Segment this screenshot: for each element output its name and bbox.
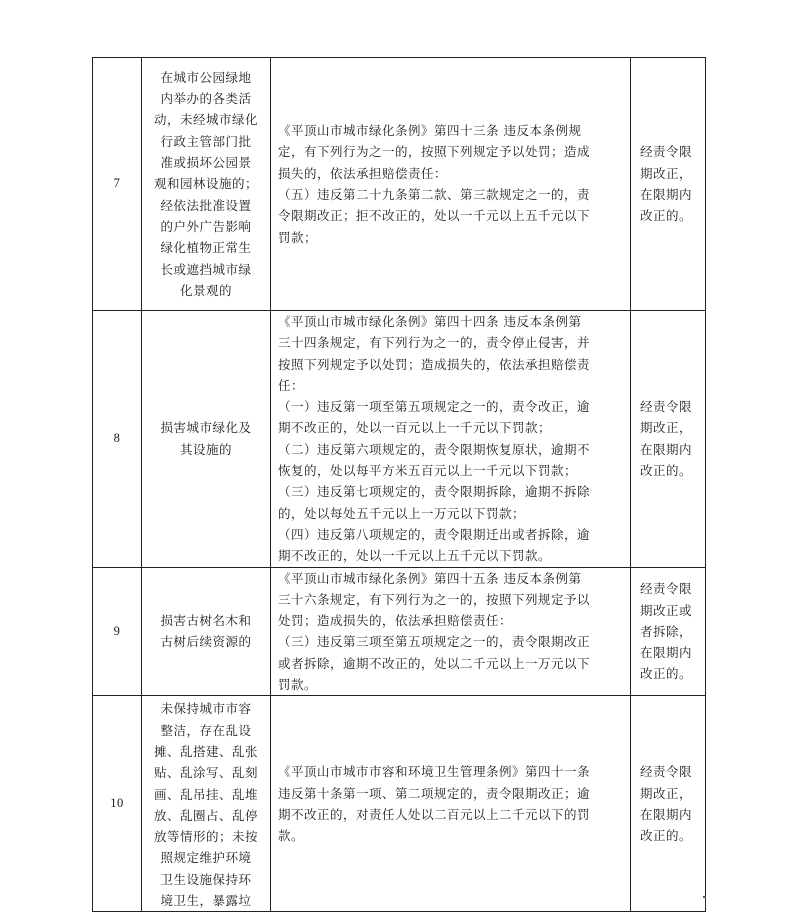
violation-description: 在城市公园绿地 内举办的各类活 动，未经城市绿化 行政主管部门批 准或损坏公园景… bbox=[142, 58, 271, 311]
table-row: 9 损害古树名木和 古树后续资源的 《平顶山市城市绿化条例》第四十五条 违反本条… bbox=[93, 567, 706, 696]
text-line: 行政主管部门批 bbox=[148, 131, 264, 152]
text-line: 期不改正的，对责任人处以二百元以上二千元以下的罚 bbox=[278, 804, 624, 825]
table-body: 7 在城市公园绿地 内举办的各类活 动，未经城市绿化 行政主管部门批 准或损坏公… bbox=[93, 58, 706, 912]
table-row: 7 在城市公园绿地 内举办的各类活 动，未经城市绿化 行政主管部门批 准或损坏公… bbox=[93, 58, 706, 311]
text-line: 在限期内 bbox=[640, 439, 701, 460]
exemption-standard: 经责令限 期改正， 在限期内 改正的。 bbox=[631, 58, 706, 311]
text-line: 者拆除， bbox=[640, 621, 701, 642]
table-row: 8 损害城市绿化及 其设施的 《平顶山市城市绿化条例》第四十四条 违反本条例第 … bbox=[93, 311, 706, 568]
text-line: （三）违反第七项规定的，责令限期拆除，逾期不拆除 bbox=[278, 481, 624, 502]
text-line: 期不改正的，处以一百元以上一千元以下罚款； bbox=[278, 417, 624, 438]
text-line: 损失的，依法承担赔偿责任： bbox=[278, 163, 624, 184]
text-line: 的户外广告影响 bbox=[148, 216, 264, 237]
text-line: 画、乱吊挂、乱堆 bbox=[148, 784, 264, 805]
text-line: 罚款。 bbox=[278, 674, 624, 695]
text-line: 三十六条规定，有下列行为之一的，按照下列规定予以 bbox=[278, 589, 624, 610]
text-line: 长或遮挡城市绿 bbox=[148, 259, 264, 280]
row-number: 10 bbox=[93, 696, 142, 912]
violation-description: 未保持城市市容 整洁，存在乱设 摊、乱搭建、乱张 贴、乱涂写、乱刻 画、乱吊挂、… bbox=[142, 696, 271, 912]
text-line: 经责令限 bbox=[640, 141, 701, 162]
text-line: 在限期内 bbox=[640, 184, 701, 205]
text-line: 古树后续资源的 bbox=[148, 631, 264, 652]
legal-basis: 《平顶山市城市市容和环境卫生管理条例》第四十一条 违反第十条第一项、第二项规定的… bbox=[271, 696, 631, 912]
text-line: 在限期内 bbox=[640, 642, 701, 663]
text-line: 照规定维护环境 bbox=[148, 847, 264, 868]
text-line: 违反第十条第一项、第二项规定的，责令限期改正；逾 bbox=[278, 783, 624, 804]
text-line: 恢复的，处以每平方米五百元以上一千元以下罚款； bbox=[278, 460, 624, 481]
text-line: 令限期改正；拒不改正的，处以一千元以上五千元以下 bbox=[278, 205, 624, 226]
text-line: 绿化植物正常生 bbox=[148, 237, 264, 258]
text-line: （二）违反第六项规定的，责令限期恢复原状，逾期不 bbox=[278, 439, 624, 460]
penalty-table: 7 在城市公园绿地 内举办的各类活 动，未经城市绿化 行政主管部门批 准或损坏公… bbox=[92, 57, 706, 912]
text-line: 《平顶山市城市市容和环境卫生管理条例》第四十一条 bbox=[278, 761, 624, 782]
legal-basis: 《平顶山市城市绿化条例》第四十四条 违反本条例第 三十四条规定，有下列行为之一的… bbox=[271, 311, 631, 568]
exemption-standard: 经责令限 期改正， 在限期内 改正的。 bbox=[631, 311, 706, 568]
text-line: 三十四条规定，有下列行为之一的，责令停止侵害，并 bbox=[278, 332, 624, 353]
row-number: 8 bbox=[93, 311, 142, 568]
row-number: 7 bbox=[93, 58, 142, 311]
text-line: （四）违反第八项规定的，责令限期迁出或者拆除，逾 bbox=[278, 524, 624, 545]
text-line: 整洁，存在乱设 bbox=[148, 720, 264, 741]
text-line: 改正的。 bbox=[640, 825, 701, 846]
text-line: 经责令限 bbox=[640, 761, 701, 782]
text-line: 内举办的各类活 bbox=[148, 88, 264, 109]
text-line: 损害古树名木和 bbox=[148, 610, 264, 631]
text-line: 罚款； bbox=[278, 227, 624, 248]
text-line: 在城市公园绿地 bbox=[148, 67, 264, 88]
text-line: 期改正， bbox=[640, 783, 701, 804]
text-line: 损害城市绿化及 bbox=[148, 417, 264, 438]
text-line: 改正的。 bbox=[640, 460, 701, 481]
violation-description: 损害古树名木和 古树后续资源的 bbox=[142, 567, 271, 696]
text-line: 卫生设施保持环 bbox=[148, 869, 264, 890]
text-line: 贴、乱涂写、乱刻 bbox=[148, 762, 264, 783]
text-line: （三）违反第三项至第五项规定之一的，责令限期改正 bbox=[278, 631, 624, 652]
text-line: 《平顶山市城市绿化条例》第四十四条 违反本条例第 bbox=[278, 311, 624, 332]
text-line: 期改正， bbox=[640, 417, 701, 438]
text-line: 经依法批准设置 bbox=[148, 195, 264, 216]
text-line: 《平顶山市城市绿化条例》第四十五条 违反本条例第 bbox=[278, 568, 624, 589]
exemption-standard: 经责令限 期改正， 在限期内 改正的。 bbox=[631, 696, 706, 912]
text-line: 改正的。 bbox=[640, 663, 701, 684]
text-line: （五）违反第二十九条第二款、第三款规定之一的，责 bbox=[278, 184, 624, 205]
text-line: 未保持城市市容 bbox=[148, 698, 264, 719]
text-line: 在限期内 bbox=[640, 804, 701, 825]
text-line: 改正的。 bbox=[640, 205, 701, 226]
violation-description: 损害城市绿化及 其设施的 bbox=[142, 311, 271, 568]
text-line: 放等情形的；未按 bbox=[148, 826, 264, 847]
text-line: 款。 bbox=[278, 825, 624, 846]
text-line: 化景观的 bbox=[148, 280, 264, 301]
text-line: 《平顶山市城市绿化条例》第四十三条 违反本条例规 bbox=[278, 120, 624, 141]
text-line: 任： bbox=[278, 375, 624, 396]
text-line: 经责令限 bbox=[640, 578, 701, 599]
text-line: 期不改正的，处以一千元以上五千元以下罚款。 bbox=[278, 545, 624, 566]
text-line: 动，未经城市绿化 bbox=[148, 109, 264, 130]
text-line: 准或损坏公园景 bbox=[148, 152, 264, 173]
text-line: （一）违反第一项至第五项规定之一的，责令改正，逾 bbox=[278, 396, 624, 417]
text-line: 期改正或 bbox=[640, 600, 701, 621]
legal-basis: 《平顶山市城市绿化条例》第四十五条 违反本条例第 三十六条规定，有下列行为之一的… bbox=[271, 567, 631, 696]
text-line: 的，处以每处五千元以上一万元以下罚款； bbox=[278, 503, 624, 524]
text-line: 观和园林设施的； bbox=[148, 173, 264, 194]
exemption-standard: 经责令限 期改正或 者拆除， 在限期内 改正的。 bbox=[631, 567, 706, 696]
legal-basis: 《平顶山市城市绿化条例》第四十三条 违反本条例规 定，有下列行为之一的，按照下列… bbox=[271, 58, 631, 311]
row-number: 9 bbox=[93, 567, 142, 696]
text-line: 摊、乱搭建、乱张 bbox=[148, 741, 264, 762]
text-line: 按照下列规定予以处罚；造成损失的，依法承担赔偿责 bbox=[278, 354, 624, 375]
text-line: 放、乱圈占、乱停 bbox=[148, 805, 264, 826]
scan-artifact bbox=[703, 896, 706, 898]
text-line: 期改正， bbox=[640, 163, 701, 184]
text-line: 或者拆除，逾期不改正的，处以二千元以上一万元以下 bbox=[278, 653, 624, 674]
table-row: 10 未保持城市市容 整洁，存在乱设 摊、乱搭建、乱张 贴、乱涂写、乱刻 画、乱… bbox=[93, 696, 706, 912]
document-page: 7 在城市公园绿地 内举办的各类活 动，未经城市绿化 行政主管部门批 准或损坏公… bbox=[0, 0, 787, 915]
text-line: 境卫生，暴露垃 bbox=[148, 890, 264, 911]
text-line: 经责令限 bbox=[640, 396, 701, 417]
text-line: 其设施的 bbox=[148, 439, 264, 460]
text-line: 定，有下列行为之一的，按照下列规定予以处罚；造成 bbox=[278, 141, 624, 162]
text-line: 处罚；造成损失的，依法承担赔偿责任： bbox=[278, 610, 624, 631]
